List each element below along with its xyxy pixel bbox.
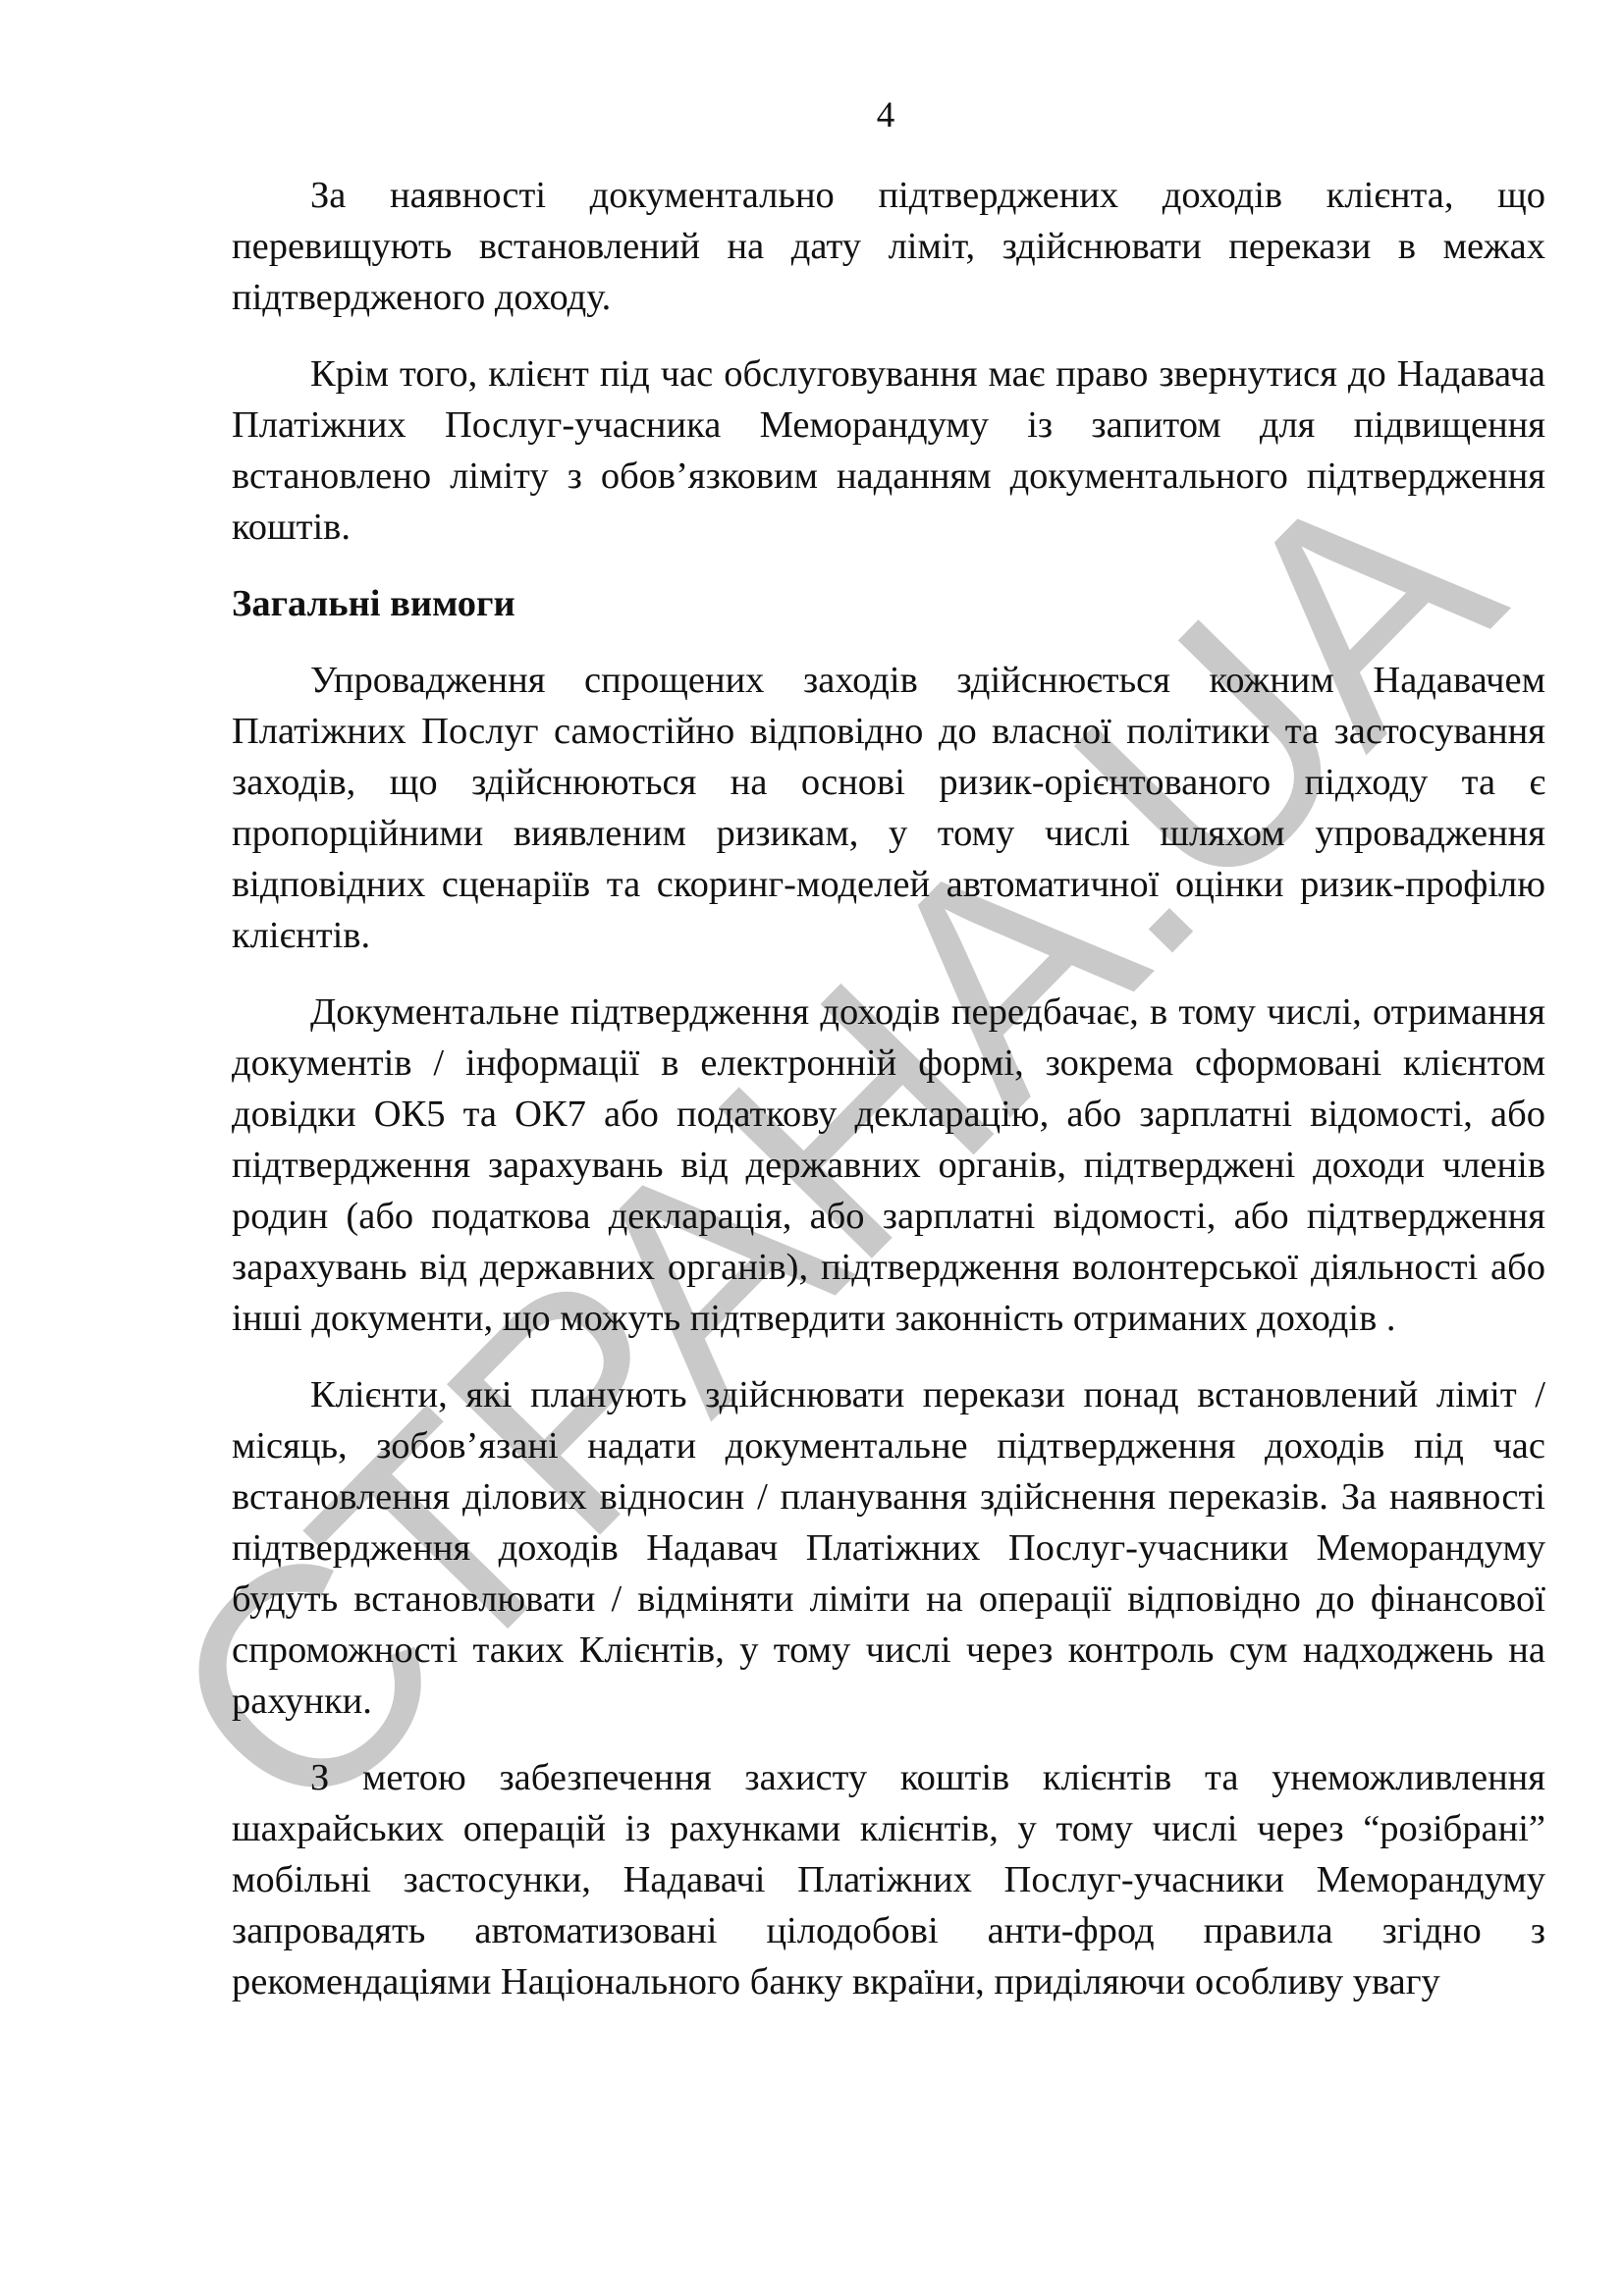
section-heading: Загальні вимоги: [232, 578, 1545, 629]
page-number: 4: [247, 94, 1524, 137]
paragraph-simplified-measures: Упровадження спрощених заходів здійснюєт…: [232, 655, 1545, 961]
paragraph-confirmed-income-transfers: За наявності документально підтверджених…: [232, 170, 1545, 323]
document-body: За наявності документально підтверджених…: [232, 170, 1545, 2033]
paragraph-limit-increase-request: Крім того, клієнт під час обслуговування…: [232, 348, 1545, 553]
paragraph-client-obligations: Клієнти, які планують здійснювати перека…: [232, 1369, 1545, 1727]
paragraph-income-documentation: Документальне підтвердження доходів пере…: [232, 987, 1545, 1344]
paragraph-antifraud-rules: З метою забезпечення захисту коштів кліє…: [232, 1752, 1545, 2007]
document-page: 4 За наявності документально підтверджен…: [0, 0, 1624, 2296]
